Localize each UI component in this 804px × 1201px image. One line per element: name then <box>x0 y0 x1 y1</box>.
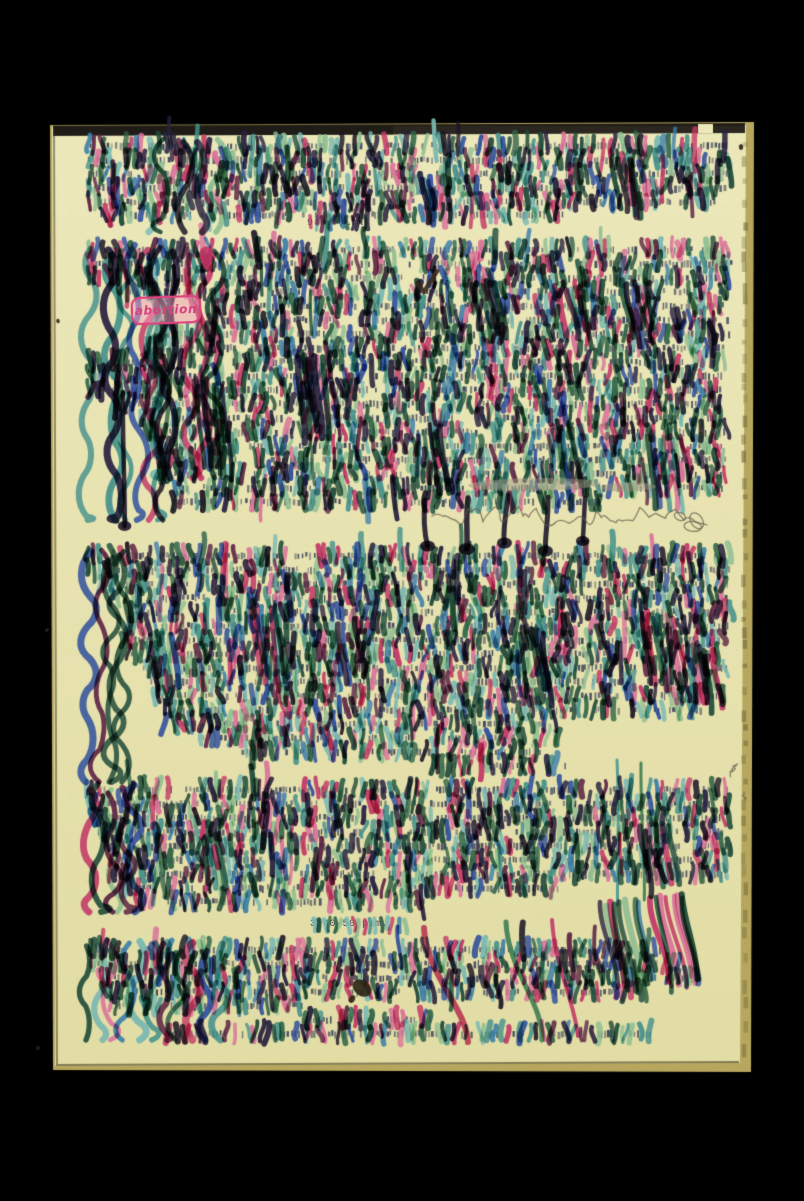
highlighted-word-tag: abortion <box>131 295 202 325</box>
artwork-photo: 9:00 p.m. 3:40-50 p.m. abortion <box>0 0 804 1201</box>
highlighted-word-label: abortion <box>135 302 198 318</box>
timestamp-lower: 3:40-50 p.m. <box>310 919 388 930</box>
timestamp-mid: 9:00 p.m. <box>307 218 366 229</box>
text-layer: 9:00 p.m. 3:40-50 p.m. <box>0 0 804 1201</box>
